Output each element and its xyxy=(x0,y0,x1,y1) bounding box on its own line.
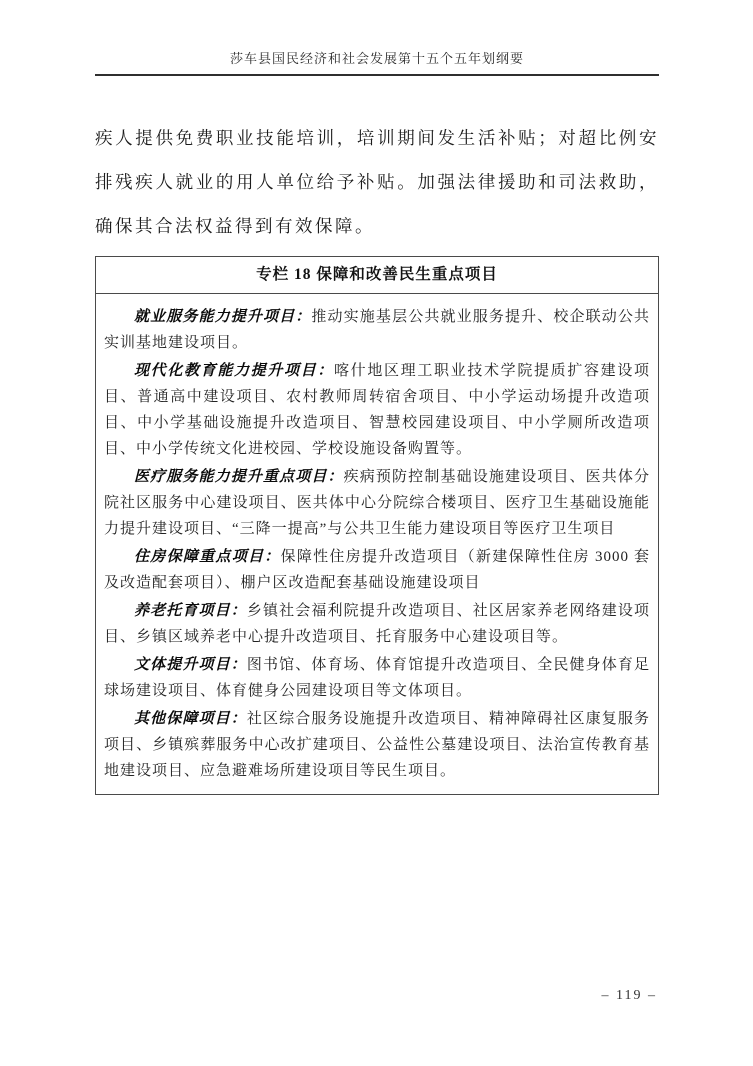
box-item-culture-sports: 文体提升项目：图书馆、体育场、体育馆提升改造项目、全民健身体育足球场建设项目、体… xyxy=(104,652,650,704)
document-page: 莎车县国民经济和社会发展第十五个五年划纲要 疾人提供免费职业技能培训，培训期间发… xyxy=(0,0,753,1066)
page-header: 莎车县国民经济和社会发展第十五个五年划纲要 xyxy=(95,0,659,76)
box-item-eldercare: 养老托育项目：乡镇社会福利院提升改造项目、社区居家养老网络建设项目、乡镇区域养老… xyxy=(104,598,650,650)
box-item-lead: 医疗服务能力提升重点项目： xyxy=(134,469,344,485)
box-item-employment: 就业服务能力提升项目：推动实施基层公共就业服务提升、校企联动公共实训基地建设项目… xyxy=(104,304,650,356)
box-item-lead: 就业服务能力提升项目： xyxy=(134,309,311,325)
feature-box-title: 专栏 18 保障和改善民生重点项目 xyxy=(96,257,658,294)
box-item-lead: 养老托育项目： xyxy=(134,603,247,619)
box-item-other: 其他保障项目：社区综合服务设施提升改造项目、精神障碍社区康复服务项目、乡镇殡葬服… xyxy=(104,706,650,784)
header-title: 莎车县国民经济和社会发展第十五个五年划纲要 xyxy=(230,51,524,66)
box-item-medical: 医疗服务能力提升重点项目：疾病预防控制基础设施建设项目、医共体分院社区服务中心建… xyxy=(104,464,650,542)
body-paragraph: 疾人提供免费职业技能培训，培训期间发生活补贴；对超比例安排残疾人就业的用人单位给… xyxy=(95,116,659,248)
box-item-education: 现代化教育能力提升项目：喀什地区理工职业技术学院提质扩容建设项目、普通高中建设项… xyxy=(104,358,650,462)
box-item-lead: 住房保障重点项目： xyxy=(134,549,281,565)
content-column: 莎车县国民经济和社会发展第十五个五年划纲要 疾人提供免费职业技能培训，培训期间发… xyxy=(95,0,659,795)
box-item-housing: 住房保障重点项目：保障性住房提升改造项目（新建保障性住房 3000 套及改造配套… xyxy=(104,544,650,596)
box-item-lead: 文体提升项目： xyxy=(134,657,247,673)
box-item-lead: 其他保障项目： xyxy=(134,711,247,727)
feature-box: 专栏 18 保障和改善民生重点项目 就业服务能力提升项目：推动实施基层公共就业服… xyxy=(95,256,659,795)
box-item-lead: 现代化教育能力提升项目： xyxy=(134,363,334,379)
page-number: – 119 – xyxy=(602,988,657,1004)
feature-box-body: 就业服务能力提升项目：推动实施基层公共就业服务提升、校企联动公共实训基地建设项目… xyxy=(96,294,658,794)
